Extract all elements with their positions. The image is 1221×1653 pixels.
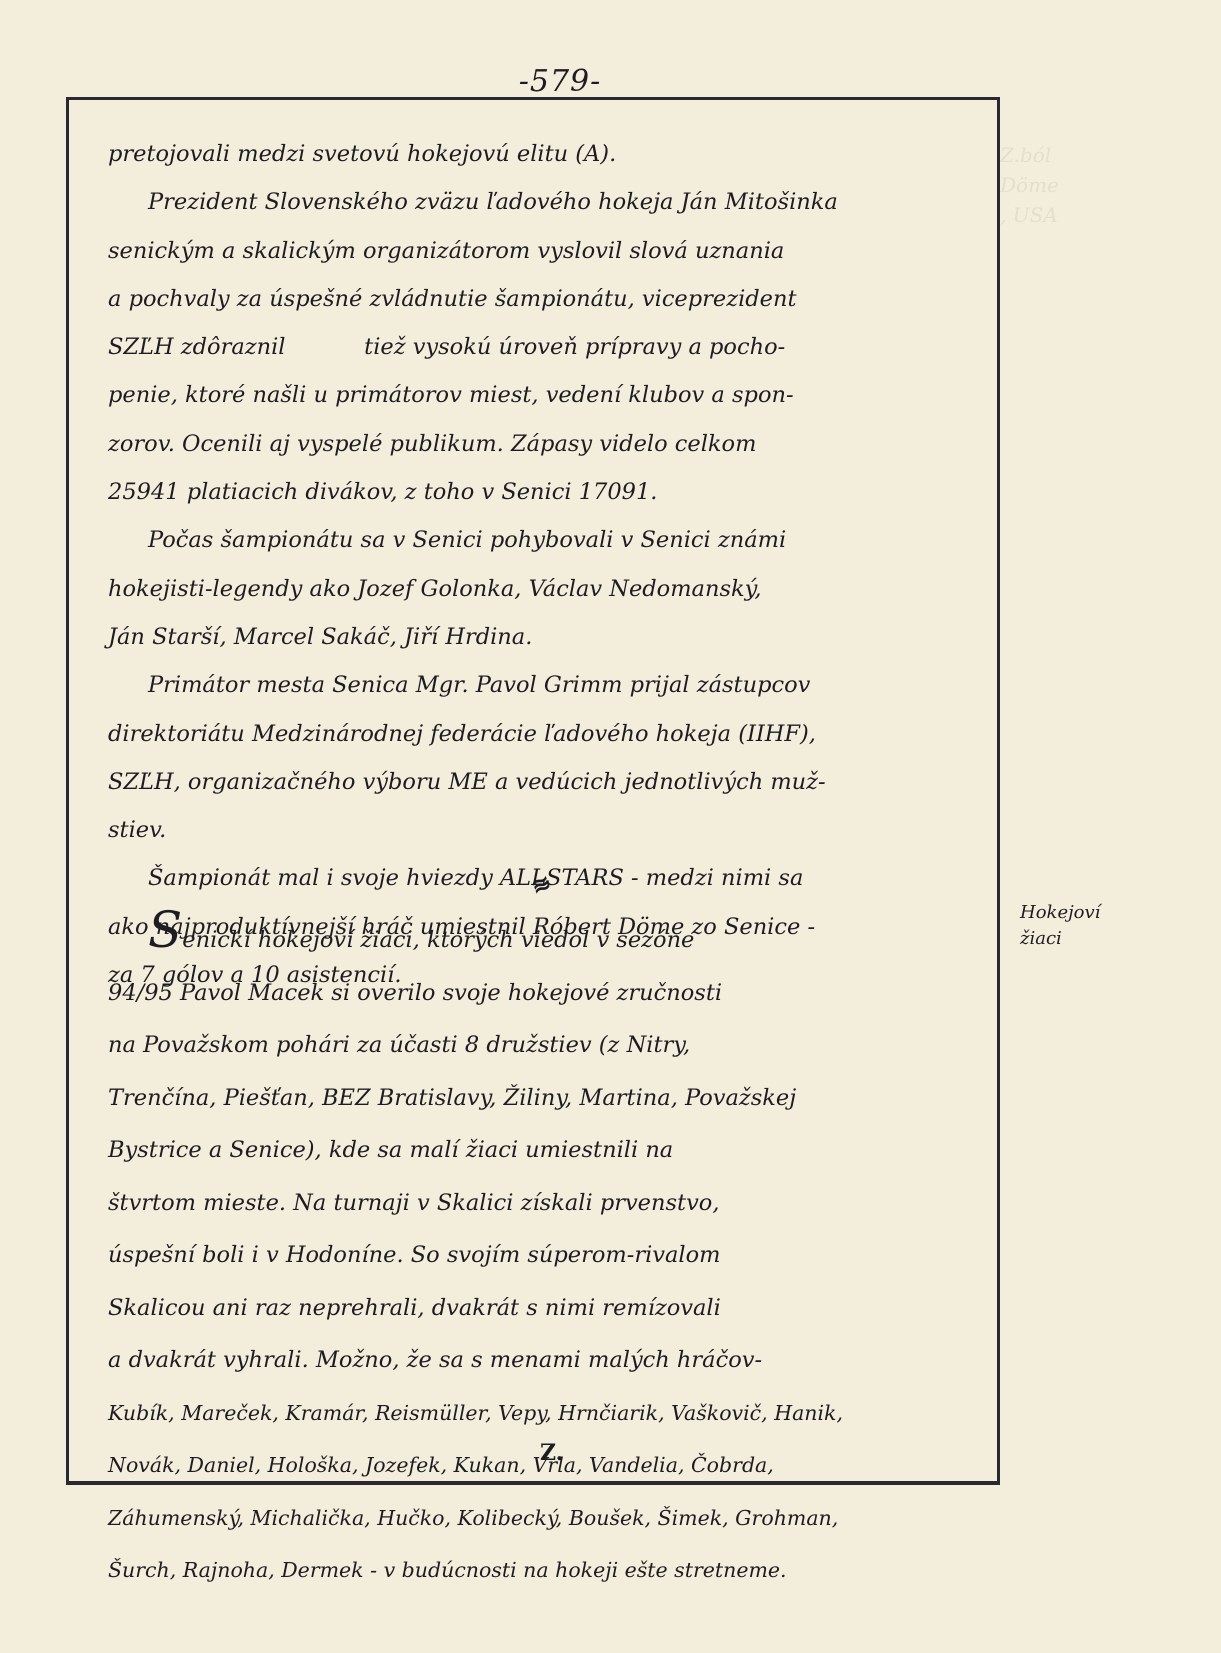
- text-line: Primátor mesta Senica Mgr. Pavol Grimm p…: [108, 661, 988, 709]
- text-line: Skalicou ani raz neprehrali, dvakrát s n…: [108, 1282, 988, 1335]
- text-line: Šurch, Rajnoha, Dermek - v budúcnosti na…: [108, 1544, 988, 1597]
- text-line: a pochvaly za úspešné zvládnutie šampion…: [108, 275, 988, 323]
- text-line: Trenčína, Piešťan, BEZ Bratislavy, Žilin…: [108, 1072, 988, 1125]
- drop-cap: S: [108, 901, 182, 959]
- text-line: stiev.: [108, 806, 988, 854]
- text-line: senickým a skalickým organizátorom vyslo…: [108, 227, 988, 275]
- text-line-first: Senickí hokejoví žiaci, ktorých viedol v…: [108, 910, 988, 967]
- text-line: hokejisti-legendy ako Jozef Golonka, Vác…: [108, 565, 988, 613]
- text-line: pretojovali medzi svetovú hokejovú elitu…: [108, 130, 988, 178]
- text-line: štvrtom mieste. Na turnaji v Skalici zís…: [108, 1177, 988, 1230]
- text-line: zorov. Ocenili aj vyspelé publikum. Zápa…: [108, 420, 988, 468]
- text-line: penie, ktoré našli u primátorov miest, v…: [108, 371, 988, 419]
- text-line: SZĽH zdôraznil tiež vysokú úroveň prípra…: [108, 323, 988, 371]
- margin-note-line: Hokejoví: [1020, 900, 1100, 926]
- end-mark: Z.: [540, 1440, 563, 1466]
- text-line: direktoriátu Medzinárodnej federácie ľad…: [108, 710, 988, 758]
- text-line: Počas šampionátu sa v Senici pohybovali …: [108, 516, 988, 564]
- text-line: na Považskom pohári za účasti 8 družstie…: [108, 1019, 988, 1072]
- margin-note: Hokejoví žiaci: [1020, 900, 1100, 952]
- bleed-through-text: Z.bólDöme, USA: [1000, 140, 1059, 230]
- text-line: 94/95 Pavol Macek si overilo svoje hokej…: [108, 967, 988, 1020]
- text-line: Prezident Slovenského zväzu ľadového hok…: [108, 178, 988, 226]
- section-1-text: pretojovali medzi svetovú hokejovú elitu…: [108, 130, 988, 999]
- text-line: Záhumenský, Michalička, Hučko, Kolibecký…: [108, 1492, 988, 1545]
- text-line: úspešní boli i v Hodoníne. So svojím súp…: [108, 1229, 988, 1282]
- margin-note-line: žiaci: [1020, 926, 1100, 952]
- text-line: Ján Starší, Marcel Sakáč, Jiří Hrdina.: [108, 613, 988, 661]
- page-number: -579-: [500, 64, 620, 99]
- text-line: a dvakrát vyhrali. Možno, že sa s menami…: [108, 1334, 988, 1387]
- text-line: Kubík, Mareček, Kramár, Reismüller, Vepy…: [108, 1387, 988, 1440]
- text-line: 25941 platiacich divákov, z toho v Senic…: [108, 468, 988, 516]
- text-line: Bystrice a Senice), kde sa malí žiaci um…: [108, 1124, 988, 1177]
- section-2-text: Senickí hokejoví žiaci, ktorých viedol v…: [108, 910, 988, 1597]
- text-line: SZĽH, organizačného výboru ME a vedúcich…: [108, 758, 988, 806]
